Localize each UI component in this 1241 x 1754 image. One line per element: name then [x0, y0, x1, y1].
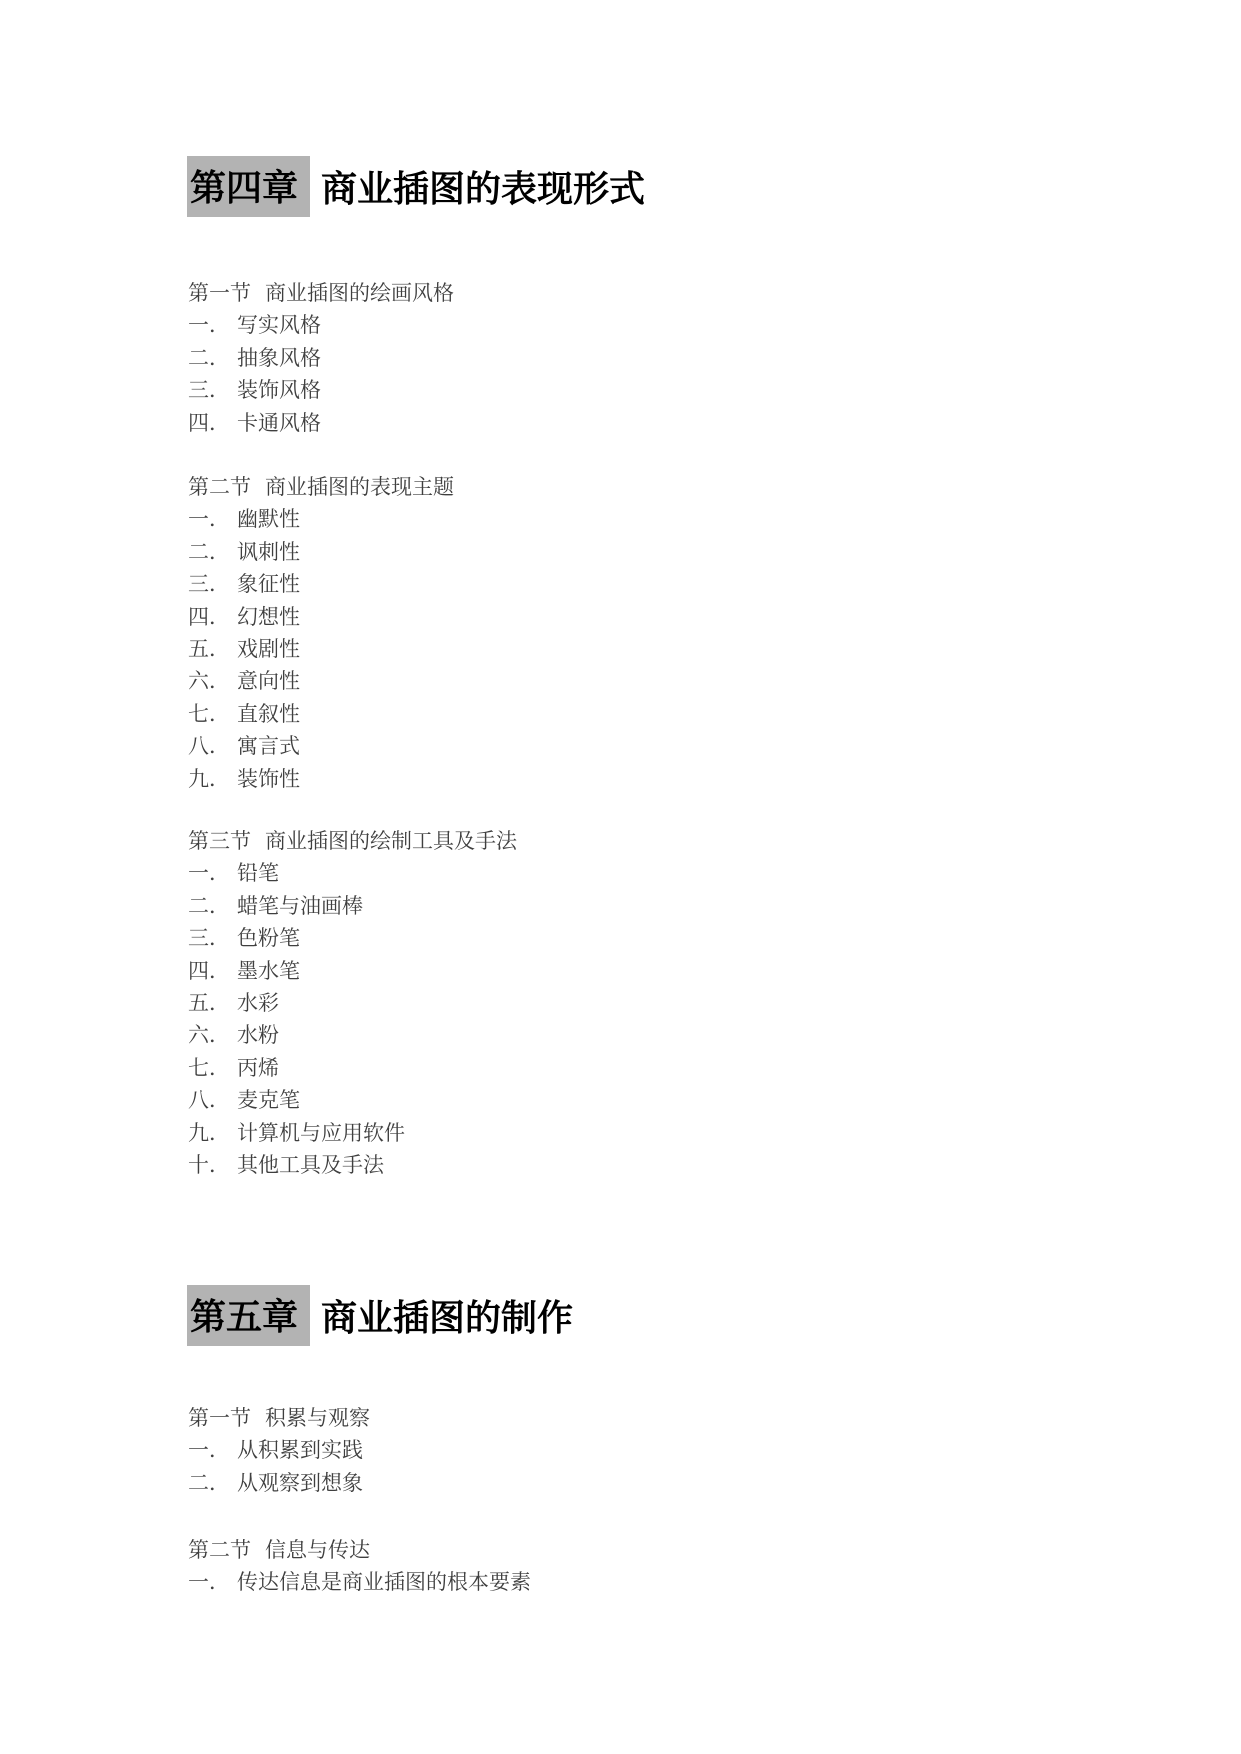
item-number: 九．: [188, 1117, 237, 1149]
toc-item: 四． 幻想性: [188, 601, 454, 633]
item-text: 戏剧性: [237, 633, 300, 665]
chapter-5-section-1: 第一节 积累与观察 一． 从积累到实践 二． 从观察到想象: [188, 1402, 370, 1499]
item-text: 蜡笔与油画棒: [237, 890, 363, 922]
item-number: 五．: [188, 987, 237, 1019]
toc-item: 七． 丙烯: [188, 1052, 517, 1084]
item-text: 丙烯: [237, 1052, 279, 1084]
toc-item: 五． 水彩: [188, 987, 517, 1019]
item-text: 计算机与应用软件: [237, 1117, 405, 1149]
item-number: 四．: [188, 601, 237, 633]
item-number: 十．: [188, 1149, 237, 1181]
item-number: 一．: [188, 1434, 237, 1466]
item-number: 八．: [188, 730, 237, 762]
item-number: 七．: [188, 698, 237, 730]
item-text: 讽刺性: [237, 536, 300, 568]
chapter-4-number-highlight: 第四章: [187, 156, 310, 217]
toc-item: 九． 装饰性: [188, 763, 454, 795]
section-heading: 第二节 信息与传达: [188, 1534, 531, 1566]
toc-page: 第四章 商业插图的表现形式 第一节 商业插图的绘画风格 一． 写实风格 二． 抽…: [0, 0, 1241, 1754]
toc-item: 三． 色粉笔: [188, 922, 517, 954]
chapter-4-section-2: 第二节 商业插图的表现主题 一． 幽默性 二． 讽刺性 三． 象征性 四． 幻想…: [188, 471, 454, 795]
toc-item: 七． 直叙性: [188, 698, 454, 730]
chapter-5-heading: 第五章 商业插图的制作: [187, 1285, 573, 1346]
item-number: 七．: [188, 1052, 237, 1084]
item-text: 水彩: [237, 987, 279, 1019]
section-title: 商业插图的绘画风格: [265, 277, 454, 309]
chapter-5-number-highlight: 第五章: [187, 1285, 310, 1346]
item-text: 麦克笔: [237, 1084, 300, 1116]
item-number: 二．: [188, 342, 237, 374]
section-title: 商业插图的表现主题: [265, 471, 454, 503]
item-text: 其他工具及手法: [237, 1149, 384, 1181]
chapter-4-heading: 第四章 商业插图的表现形式: [187, 156, 645, 217]
item-number: 三．: [188, 922, 237, 954]
toc-item: 一． 从积累到实践: [188, 1434, 370, 1466]
item-text: 装饰性: [237, 763, 300, 795]
item-text: 卡通风格: [237, 407, 321, 439]
toc-item: 二． 讽刺性: [188, 536, 454, 568]
item-text: 墨水笔: [237, 955, 300, 987]
toc-item: 二． 蜡笔与油画棒: [188, 890, 517, 922]
item-number: 五．: [188, 633, 237, 665]
chapter-5-section-2: 第二节 信息与传达 一． 传达信息是商业插图的根本要素: [188, 1534, 531, 1599]
toc-item: 一． 铅笔: [188, 857, 517, 889]
section-heading: 第一节 积累与观察: [188, 1402, 370, 1434]
chapter-5-title: 商业插图的制作: [321, 1290, 573, 1341]
toc-item: 四． 墨水笔: [188, 955, 517, 987]
toc-item: 八． 寓言式: [188, 730, 454, 762]
toc-item: 一． 幽默性: [188, 503, 454, 535]
toc-item: 四． 卡通风格: [188, 407, 454, 439]
item-number: 二．: [188, 1467, 237, 1499]
item-text: 从积累到实践: [237, 1434, 363, 1466]
item-text: 从观察到想象: [237, 1467, 363, 1499]
section-label: 第一节: [188, 277, 251, 309]
section-label: 第三节: [188, 825, 251, 857]
item-number: 三．: [188, 374, 237, 406]
item-number: 一．: [188, 1566, 237, 1598]
item-text: 意向性: [237, 665, 300, 697]
chapter-4-title: 商业插图的表现形式: [321, 161, 645, 212]
item-text: 水粉: [237, 1019, 279, 1051]
toc-item: 一． 传达信息是商业插图的根本要素: [188, 1566, 531, 1598]
toc-item: 二． 从观察到想象: [188, 1467, 370, 1499]
toc-item: 三． 象征性: [188, 568, 454, 600]
item-number: 四．: [188, 407, 237, 439]
toc-item: 十． 其他工具及手法: [188, 1149, 517, 1181]
item-number: 九．: [188, 763, 237, 795]
item-text: 抽象风格: [237, 342, 321, 374]
item-text: 装饰风格: [237, 374, 321, 406]
item-text: 象征性: [237, 568, 300, 600]
section-title: 商业插图的绘制工具及手法: [265, 825, 517, 857]
item-text: 写实风格: [237, 309, 321, 341]
item-number: 四．: [188, 955, 237, 987]
item-text: 寓言式: [237, 730, 300, 762]
section-label: 第二节: [188, 1534, 251, 1566]
item-number: 六．: [188, 1019, 237, 1051]
toc-item: 五． 戏剧性: [188, 633, 454, 665]
item-number: 一．: [188, 503, 237, 535]
item-number: 二．: [188, 536, 237, 568]
item-text: 传达信息是商业插图的根本要素: [237, 1566, 531, 1598]
toc-item: 九． 计算机与应用软件: [188, 1117, 517, 1149]
toc-item: 六． 意向性: [188, 665, 454, 697]
chapter-4-section-3: 第三节 商业插图的绘制工具及手法 一． 铅笔 二． 蜡笔与油画棒 三． 色粉笔 …: [188, 825, 517, 1181]
item-number: 一．: [188, 857, 237, 889]
chapter-4-section-1: 第一节 商业插图的绘画风格 一． 写实风格 二． 抽象风格 三． 装饰风格 四．…: [188, 277, 454, 439]
section-heading: 第三节 商业插图的绘制工具及手法: [188, 825, 517, 857]
item-number: 一．: [188, 309, 237, 341]
toc-item: 二． 抽象风格: [188, 342, 454, 374]
section-label: 第二节: [188, 471, 251, 503]
toc-item: 六． 水粉: [188, 1019, 517, 1051]
toc-item: 一． 写实风格: [188, 309, 454, 341]
toc-item: 八． 麦克笔: [188, 1084, 517, 1116]
section-label: 第一节: [188, 1402, 251, 1434]
item-number: 六．: [188, 665, 237, 697]
item-number: 二．: [188, 890, 237, 922]
item-text: 铅笔: [237, 857, 279, 889]
item-number: 三．: [188, 568, 237, 600]
item-text: 色粉笔: [237, 922, 300, 954]
toc-item: 三． 装饰风格: [188, 374, 454, 406]
section-title: 积累与观察: [265, 1402, 370, 1434]
item-text: 幻想性: [237, 601, 300, 633]
item-text: 幽默性: [237, 503, 300, 535]
item-text: 直叙性: [237, 698, 300, 730]
item-number: 八．: [188, 1084, 237, 1116]
section-title: 信息与传达: [265, 1534, 370, 1566]
section-heading: 第一节 商业插图的绘画风格: [188, 277, 454, 309]
section-heading: 第二节 商业插图的表现主题: [188, 471, 454, 503]
